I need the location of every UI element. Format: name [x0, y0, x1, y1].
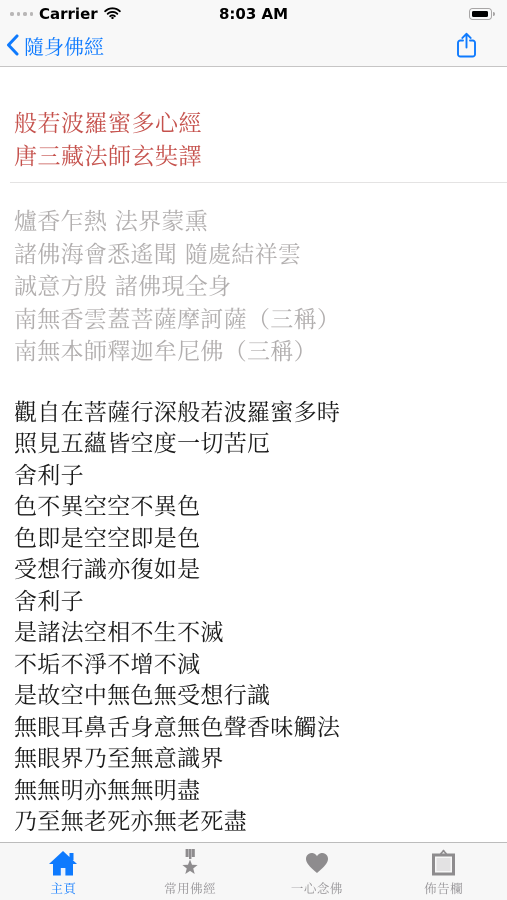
clock: 8:03 AM — [219, 5, 288, 23]
tab-chanting[interactable]: 一心念佛 — [254, 843, 381, 900]
carrier-label: Carrier — [39, 5, 98, 23]
sutra-line: 舍利子 — [14, 587, 493, 619]
incense-verse-line: 誠意方殷 諸佛現全身 — [14, 271, 493, 304]
tab-label: 佈告欄 — [424, 879, 463, 897]
incense-verse-line: 南無香雲蓋菩薩摩訶薩（三稱） — [14, 304, 493, 337]
sutra-line: 色不異空空不異色 — [14, 492, 493, 524]
tab-label: 常用佛經 — [164, 879, 216, 897]
incense-verse-line: 爐香乍熱 法界蒙熏 — [14, 206, 493, 239]
sutra-translator: 唐三藏法師玄奘譯 — [14, 141, 493, 174]
tab-home[interactable]: 主頁 — [0, 843, 127, 900]
sutra-scroll-area[interactable]: 般若波羅蜜多心經 唐三藏法師玄奘譯 爐香乍熱 法界蒙熏 諸佛海會悉遙聞 隨處結祥… — [0, 67, 507, 842]
sutra-line: 是諸法空相不生不滅 — [14, 618, 493, 650]
sutra-line: 舍利子 — [14, 461, 493, 493]
sutra-line: 受想行識亦復如是 — [14, 555, 493, 587]
cellular-signal-icon — [10, 12, 33, 16]
chevron-left-icon — [6, 34, 19, 56]
sutra-body-block: 觀自在菩薩行深般若波羅蜜多時 照見五蘊皆空度一切苦厄 舍利子 色不異空空不異色 … — [14, 398, 493, 839]
wifi-icon — [104, 5, 121, 23]
home-icon — [48, 849, 78, 877]
tab-bar: 主頁 常用佛經 一心念佛 — [0, 842, 507, 900]
battery-icon — [469, 8, 495, 20]
sutra-title: 般若波羅蜜多心經 — [14, 108, 493, 141]
status-bar: Carrier 8:03 AM — [0, 0, 507, 26]
tab-label: 主頁 — [50, 879, 76, 897]
sutra-line: 是故空中無色無受想行識 — [14, 681, 493, 713]
tab-noticeboard[interactable]: 佈告欄 — [380, 843, 507, 900]
app-window: Carrier 8:03 AM — [0, 0, 507, 900]
share-button[interactable] — [456, 32, 477, 59]
sutra-line: 照見五蘊皆空度一切苦厄 — [14, 429, 493, 461]
incense-verse-line: 諸佛海會悉遙聞 隨處結祥雲 — [14, 239, 493, 272]
heart-icon — [304, 849, 330, 877]
sutra-line: 不垢不淨不增不減 — [14, 650, 493, 682]
back-button[interactable]: 隨身佛經 — [6, 31, 104, 60]
tab-label: 一心念佛 — [291, 879, 343, 897]
top-chrome: Carrier 8:03 AM — [0, 0, 507, 67]
back-button-label: 隨身佛經 — [24, 31, 104, 60]
sutra-line: 無眼耳鼻舌身意無色聲香味觸法 — [14, 713, 493, 745]
status-bar-left: Carrier — [10, 5, 219, 23]
noticeboard-icon — [430, 849, 457, 877]
tab-common-sutras[interactable]: 常用佛經 — [127, 843, 254, 900]
sutra-line: 乃至無老死亦無老死盡 — [14, 807, 493, 839]
incense-verse-block: 爐香乍熱 法界蒙熏 諸佛海會悉遙聞 隨處結祥雲 誠意方殷 諸佛現全身 南無香雲蓋… — [14, 206, 493, 369]
sutra-line: 無無明亦無無明盡 — [14, 776, 493, 808]
sutra-line: 無眼界乃至無意識界 — [14, 744, 493, 776]
sutra-line: 觀自在菩薩行深般若波羅蜜多時 — [14, 398, 493, 430]
share-icon — [456, 32, 477, 59]
nav-bar: 隨身佛經 — [0, 26, 507, 67]
sutra-line: 色即是空空即是色 — [14, 524, 493, 556]
medal-icon — [178, 849, 202, 877]
incense-verse-line: 南無本師釋迦牟尼佛（三稱） — [14, 336, 493, 369]
status-bar-right — [288, 8, 497, 20]
section-divider — [10, 182, 507, 183]
